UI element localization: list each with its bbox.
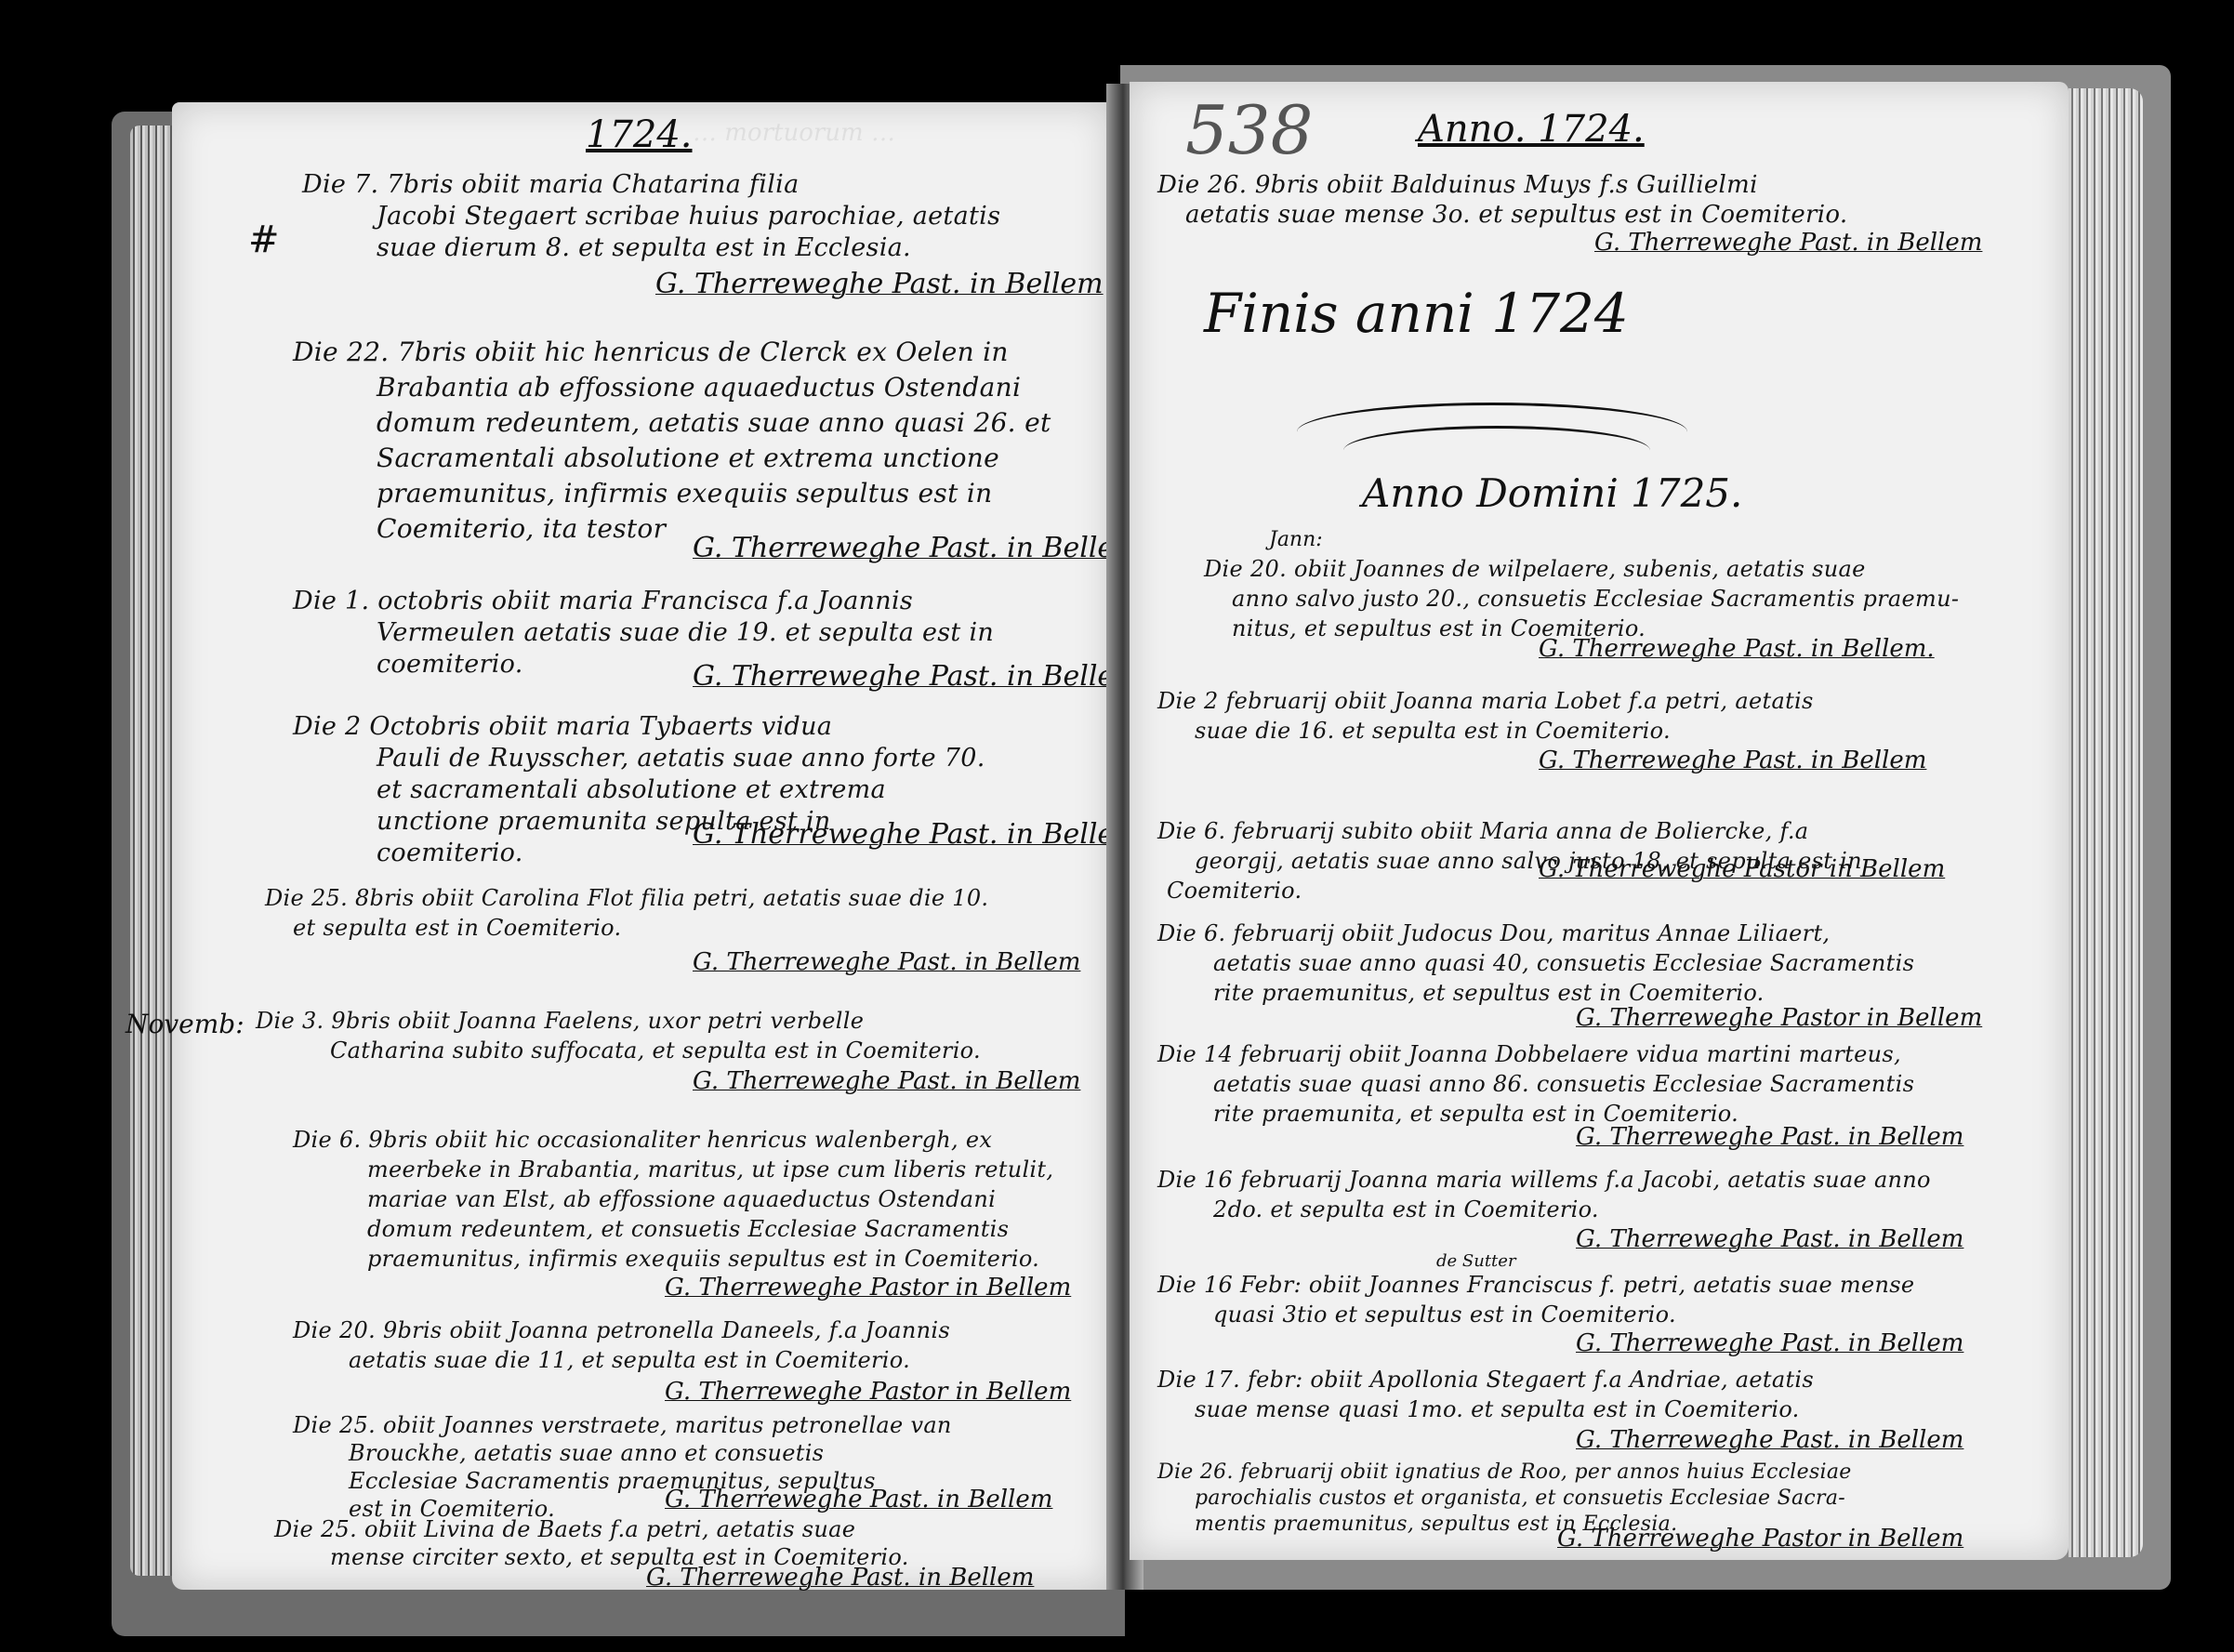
entry-line: Brouckhe, aetatis suae anno et consuetis [349, 1439, 952, 1467]
entry-line: anno salvo justo 20., consuetis Ecclesia… [1232, 584, 1959, 614]
entry-line: parochialis custos et organista, et cons… [1195, 1486, 1852, 1512]
entry-1725-4: Die 6. februarij obiit Judocus Dou, mari… [1157, 919, 1914, 1008]
anno-domini-heading: Anno Domini 1725. [1362, 470, 1742, 516]
entry-line: praemunitus, infirmis exequiis sepultus … [367, 1244, 1053, 1274]
entry-line: suae dierum 8. et sepulta est in Ecclesi… [377, 232, 1000, 264]
entry-6: Die 3. 9bris obiit Joanna Faelens, uxor … [256, 1006, 981, 1065]
entry-line: et sacramentali absolutione et extrema [377, 774, 985, 806]
entry-line: Vermeulen aetatis suae die 19. et sepult… [377, 617, 994, 649]
bleed-through-text: … mortuorum … [693, 119, 895, 147]
entry-1724-last: Die 26. 9bris obiit Balduinus Muys f.s G… [1157, 170, 1847, 230]
signature: G. Therreweghe Past. in Bellem [693, 532, 1141, 564]
left-page: … mortuorum … 1724. # Die 7. 7bris obiit… [172, 102, 1111, 1590]
entry-line: Catharina subito suffocata, et sepulta e… [330, 1036, 981, 1065]
signature: G. Therreweghe Past. in Bellem [693, 948, 1080, 976]
entry-1725-7: Die 16 Febr: obiit Joannes Franciscus f.… [1157, 1270, 1914, 1329]
signature: G. Therreweghe Pastor in Bellem [1539, 855, 1945, 883]
entry-line: Die 25. 8bris obiit Carolina Flot filia … [265, 883, 988, 913]
entry-line: Jacobi Stegaert scribae huius parochiae,… [377, 201, 1000, 232]
entry-line: Pauli de Ruysscher, aetatis suae anno fo… [377, 743, 985, 774]
signature: G. Therreweghe Past. in Bellem. [1539, 635, 1935, 663]
margin-hash-mark: # [248, 218, 280, 261]
signature: G. Therreweghe Past. in Bellem [693, 660, 1141, 693]
signature: G. Therreweghe Past. in Bellem [1576, 1329, 1963, 1357]
signature: G. Therreweghe Past. in Bellem [1594, 229, 1982, 257]
entry-line: meerbeke in Brabantia, maritus, ut ipse … [367, 1155, 1053, 1184]
right-page-edges [2069, 88, 2143, 1557]
entry-line: domum redeuntem, et consuetis Ecclesiae … [367, 1214, 1053, 1244]
entry-line: Die 16 Febr: obiit Joannes Franciscus f.… [1157, 1270, 1914, 1300]
entry-2: Die 22. 7bris obiit hic henricus de Cler… [293, 335, 1051, 547]
signature: G. Therreweghe Past. in Bellem [693, 1067, 1080, 1095]
entry-1725-8: Die 17. febr: obiit Apollonia Stegaert f… [1157, 1365, 1814, 1424]
entry-line: Die 1. octobris obiit maria Francisca f.… [293, 586, 994, 617]
page-number: 538 [1185, 91, 1313, 169]
entry-8: Die 20. 9bris obiit Joanna petronella Da… [293, 1315, 950, 1375]
entry-line: quasi 3tio et sepultus est in Coemiterio… [1213, 1300, 1914, 1329]
month-label-january: Jann: [1269, 528, 1323, 551]
entry-line: Die 25. obiit Livina de Baets f.a petri,… [274, 1515, 909, 1543]
signature: G. Therreweghe Past. in Bellem [1576, 1426, 1963, 1454]
entry-line: Die 3. 9bris obiit Joanna Faelens, uxor … [256, 1006, 981, 1036]
entry-line: aetatis suae mense 3o. et sepultus est i… [1185, 200, 1847, 230]
open-register-book: … mortuorum … 1724. # Die 7. 7bris obiit… [0, 0, 2234, 1652]
signature: G. Therreweghe Pastor in Bellem [1576, 1004, 1982, 1032]
signature: G. Therreweghe Past. in Bellem [665, 1486, 1052, 1513]
entry-line: Die 14 februarij obiit Joanna Dobbelaere… [1157, 1039, 1914, 1069]
signature: G. Therreweghe Past. in Bellem [646, 1564, 1034, 1592]
entry-line: et sepulta est in Coemiterio. [293, 913, 988, 943]
entry-1725-2: Die 2 februarij obiit Joanna maria Lobet… [1157, 686, 1814, 746]
entry-line: aetatis suae quasi anno 86. consuetis Ec… [1213, 1069, 1914, 1099]
signature: G. Therreweghe Pastor in Bellem [1557, 1525, 1963, 1553]
entry-line: Die 6. 9bris obiit hic occasionaliter he… [293, 1125, 1053, 1155]
entry-line: Die 22. 7bris obiit hic henricus de Cler… [293, 335, 1051, 370]
entry-line: Die 2 februarij obiit Joanna maria Lobet… [1157, 686, 1814, 716]
entry-line: aetatis suae die 11, et sepulta est in C… [349, 1345, 950, 1375]
interlinear-insertion: de Sutter [1436, 1251, 1516, 1271]
entry-7: Die 6. 9bris obiit hic occasionaliter he… [293, 1125, 1053, 1274]
entry-line: praemunitus, infirmis exequiis sepultus … [377, 476, 1051, 511]
entry-line: Brabantia ab effossione aquaeductus Oste… [377, 370, 1051, 405]
entry-line: 2do. et sepulta est in Coemiterio. [1213, 1195, 1931, 1224]
entry-line: Die 17. febr: obiit Apollonia Stegaert f… [1157, 1365, 1814, 1394]
entry-line: Die 6. februarij obiit Judocus Dou, mari… [1157, 919, 1914, 948]
entry-5: Die 25. 8bris obiit Carolina Flot filia … [265, 883, 988, 943]
entry-line: Die 7. 7bris obiit maria Chatarina filia [302, 169, 1000, 201]
left-page-year-header: 1724. [586, 113, 693, 156]
entry-10: Die 25. obiit Livina de Baets f.a petri,… [274, 1515, 909, 1571]
signature: G. Therreweghe Past. in Bellem [1576, 1225, 1963, 1253]
entry-line: aetatis suae anno quasi 40, consuetis Ec… [1213, 948, 1914, 978]
entry-1: Die 7. 7bris obiit maria Chatarina filia… [302, 169, 1000, 264]
entry-1725-1: Die 20. obiit Joannes de wilpelaere, sub… [1204, 554, 1959, 643]
entry-line: domum redeuntem, aetatis suae anno quasi… [377, 405, 1051, 441]
decorative-flourish [1343, 426, 1650, 475]
signature: G. Therreweghe Past. in Bellem [655, 268, 1104, 300]
entry-line: Die 25. obiit Joannes verstraete, maritu… [293, 1411, 952, 1439]
right-page-year-header: Anno. 1724. [1418, 108, 1645, 151]
signature: G. Therreweghe Past. in Bellem [693, 818, 1141, 851]
entry-line: mariae van Elst, ab effossione aquaeduct… [367, 1184, 1053, 1214]
entry-line: Die 26. 9bris obiit Balduinus Muys f.s G… [1157, 170, 1847, 200]
entry-line: Die 20. 9bris obiit Joanna petronella Da… [293, 1315, 950, 1345]
right-page: 538 Anno. 1724. Die 26. 9bris obiit Bald… [1130, 82, 2069, 1560]
signature: G. Therreweghe Past. in Bellem [1576, 1123, 1963, 1151]
signature: G. Therreweghe Pastor in Bellem [665, 1378, 1071, 1406]
entry-1725-5: Die 14 februarij obiit Joanna Dobbelaere… [1157, 1039, 1914, 1129]
entry-line: Sacramentali absolutione et extrema unct… [377, 441, 1051, 476]
entry-line: suae mense quasi 1mo. et sepulta est in … [1195, 1394, 1814, 1424]
finis-anni-heading: Finis anni 1724 [1204, 282, 1629, 345]
margin-month-novemb: Novemb: [126, 1009, 245, 1039]
signature: G. Therreweghe Pastor in Bellem [665, 1274, 1071, 1302]
signature: G. Therreweghe Past. in Bellem [1539, 747, 1926, 774]
entry-line: Die 26. februarij obiit ignatius de Roo,… [1157, 1460, 1852, 1486]
entry-line: suae die 16. et sepulta est in Coemiteri… [1195, 716, 1814, 746]
entry-line: Die 2 Octobris obiit maria Tybaerts vidu… [293, 711, 985, 743]
entry-1725-6: Die 16 februarij Joanna maria willems f.… [1157, 1165, 1931, 1224]
entry-line: Die 6. februarij subito obiit Maria anna… [1157, 816, 1862, 846]
entry-line: Die 20. obiit Joannes de wilpelaere, sub… [1204, 554, 1959, 584]
entry-line: Die 16 februarij Joanna maria willems f.… [1157, 1165, 1931, 1195]
